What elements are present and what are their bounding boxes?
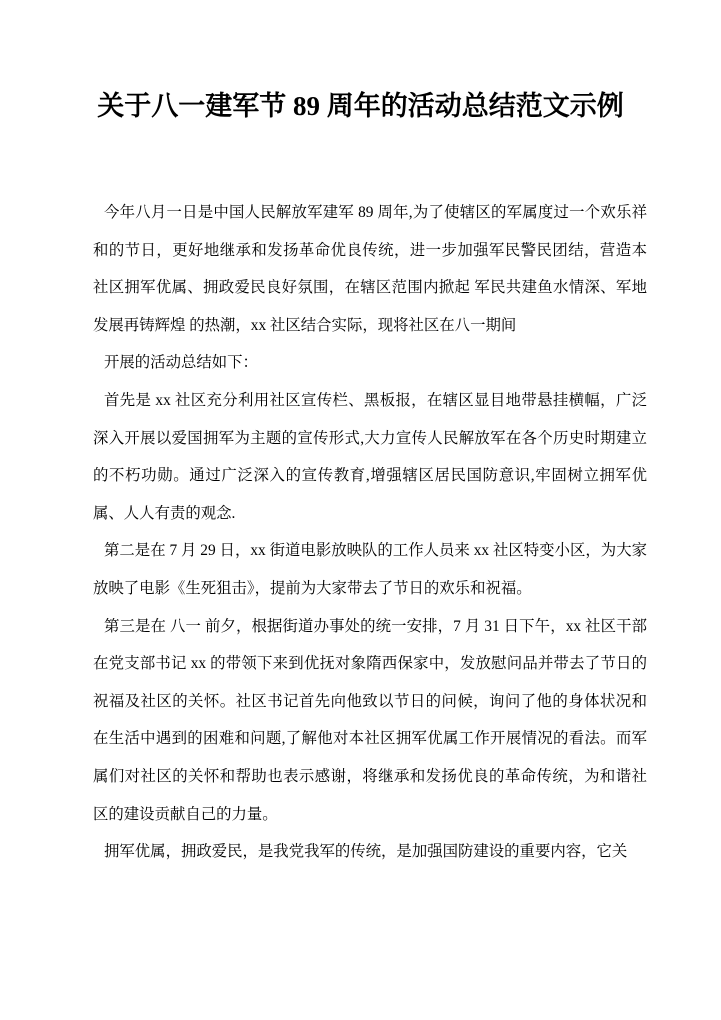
paragraph-third-activity: 第三是在 八一 前夕，根据街道办事处的统一安排，7 月 31 日下午，xx 社区… [93, 608, 647, 834]
paragraph-closing-truncated: 拥军优属，拥政爱民，是我党我军的传统，是加强国防建设的重要内容，它关 [93, 833, 647, 871]
paragraph-second-activity: 第二是在 7 月 29 日，xx 街道电影放映队的工作人员来 xx 社区特变小区… [93, 532, 647, 607]
paragraph-first-activity: 首先是 xx 社区充分利用社区宣传栏、黑板报，在辖区显目地带悬挂横幅，广泛深入开… [93, 382, 647, 532]
paragraph-intro: 今年八月一日是中国人民解放军建军 89 周年,为了使辖区的军属度过一个欢乐祥和的… [93, 194, 647, 344]
paragraph-summary-lead: 开展的活动总结如下： [93, 344, 647, 382]
document-title: 关于八一建军节 89 周年的活动总结范文示例 [95, 84, 626, 129]
document-body: 今年八月一日是中国人民解放军建军 89 周年,为了使辖区的军属度过一个欢乐祥和的… [93, 194, 647, 871]
document-page: 关于八一建军节 89 周年的活动总结范文示例 今年八月一日是中国人民解放军建军 … [0, 0, 721, 1020]
